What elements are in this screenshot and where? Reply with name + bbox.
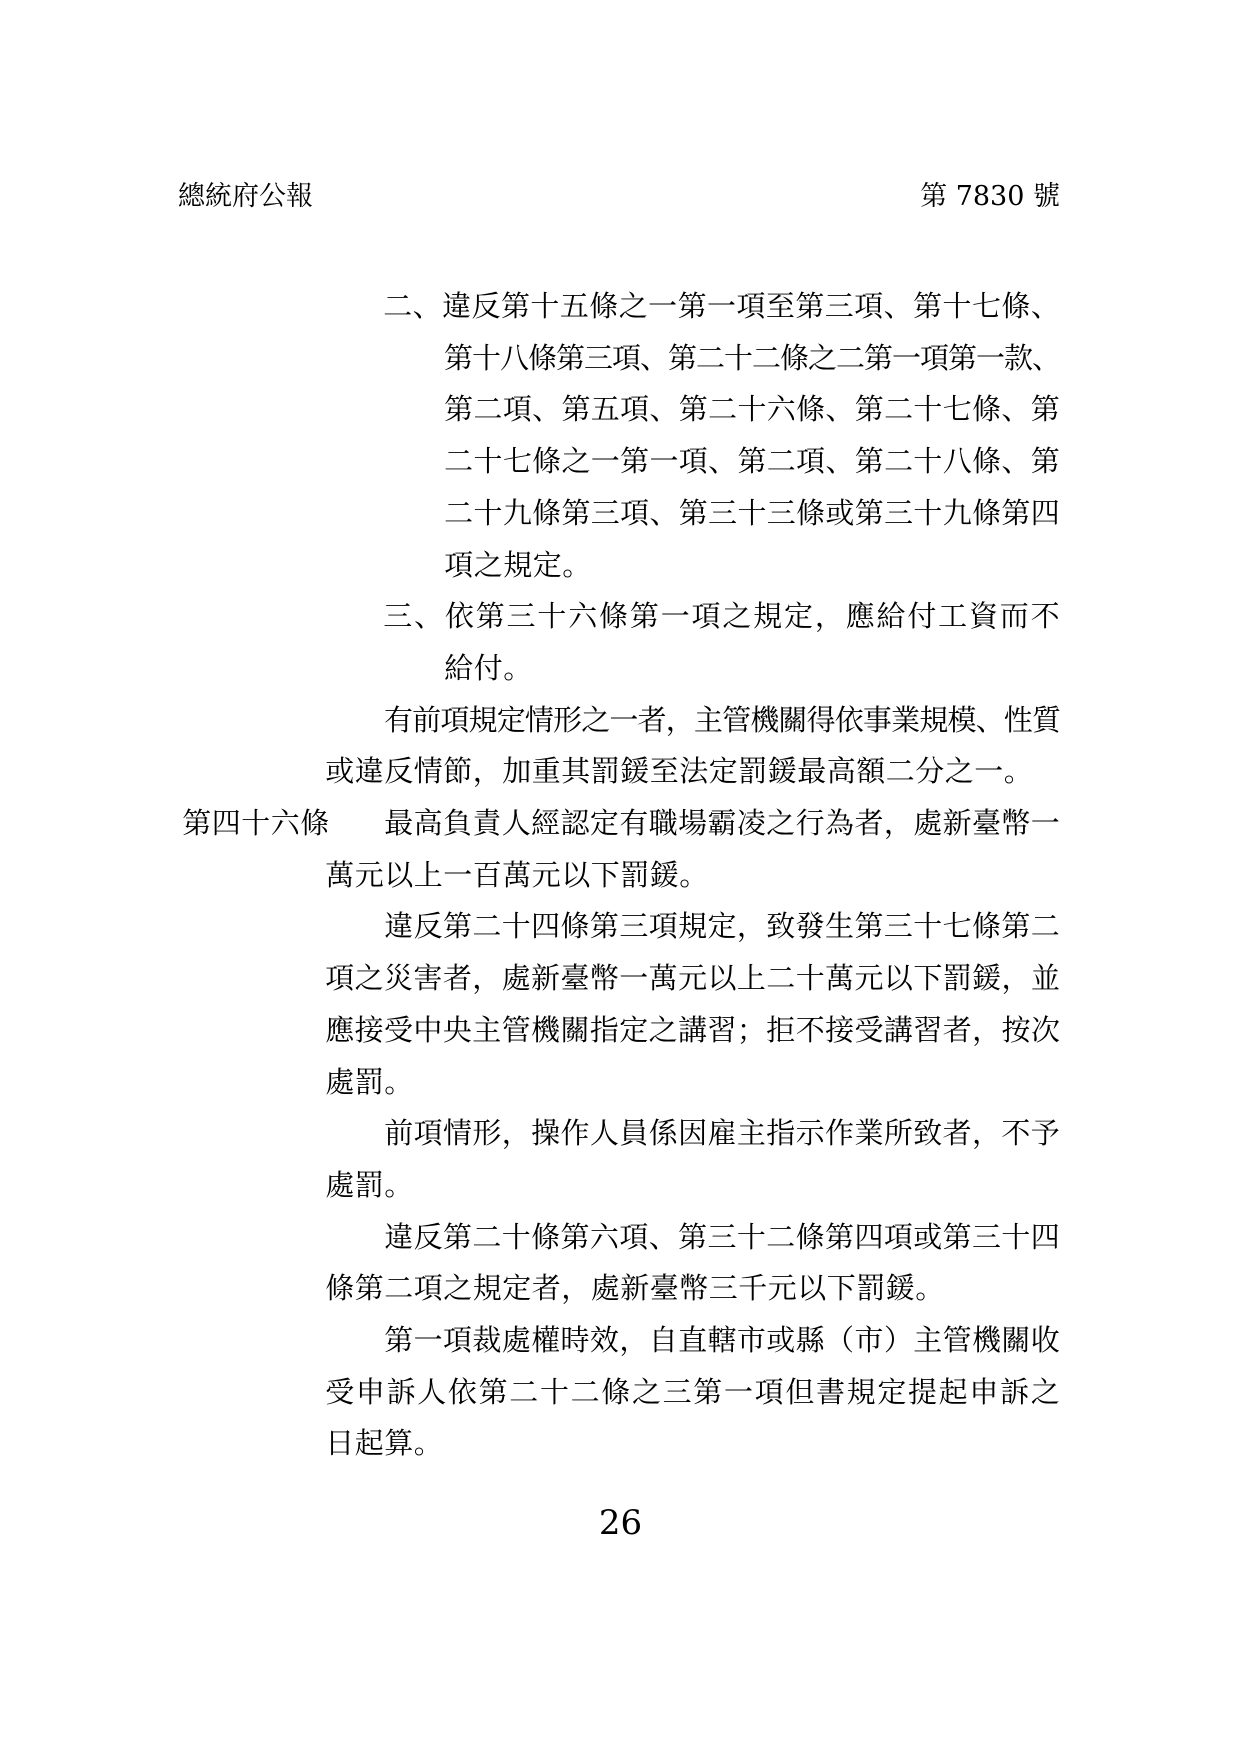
character-cell: 負: [443, 805, 472, 841]
text-line: 萬元以上一百萬元以下罰鍰。: [325, 857, 709, 899]
character-cell: 五: [560, 288, 589, 324]
character-cell: 而: [1000, 598, 1030, 634]
character-cell: 七: [942, 908, 971, 944]
character-cell: 央: [443, 1012, 472, 1048]
character-cell: 九: [943, 495, 972, 531]
character-cell: 操: [531, 1115, 560, 1151]
character-cell: 四: [212, 805, 242, 847]
character-cell: 不: [1001, 1115, 1030, 1151]
character-cell: 管: [722, 702, 750, 738]
character-cell: ，: [619, 1322, 648, 1358]
character-cell: 管: [501, 1012, 530, 1048]
character-cell: 或: [825, 495, 854, 531]
character-cell: 縣: [795, 1322, 824, 1358]
character-cell: 二: [884, 443, 913, 479]
character-cell: 講: [884, 1012, 913, 1048]
character-cell: 處: [501, 960, 530, 996]
character-cell: 八: [500, 340, 528, 376]
character-cell: 加: [502, 753, 532, 789]
character-cell: （: [825, 1322, 854, 1358]
character-cell: 條: [796, 495, 825, 531]
character-cell: 項: [796, 443, 825, 479]
character-cell: 規: [473, 1270, 503, 1306]
character-cell: 有: [619, 805, 648, 841]
character-cell: 、: [649, 391, 678, 427]
character-cell: 第: [942, 1219, 971, 1255]
legal-text-body: 二、違反第十五條之一第一項至第三項、第十七條、第十八條第三項、第二十二條之二第一…: [0, 0, 1241, 1754]
character-cell: 四: [1031, 1219, 1060, 1255]
text-line: 給付。: [444, 650, 533, 692]
character-cell: 之: [443, 1270, 473, 1306]
character-cell: 款: [1004, 340, 1032, 376]
character-cell: 第: [855, 443, 884, 479]
character-cell: 下: [591, 857, 621, 893]
character-cell: ，: [473, 753, 503, 789]
character-cell: 罰: [856, 1270, 886, 1306]
character-cell: 自: [649, 1322, 678, 1358]
character-cell: 第: [501, 288, 530, 324]
character-cell: 定: [497, 702, 525, 738]
character-cell: 第: [854, 908, 883, 944]
character-cell: 付: [474, 650, 504, 686]
character-cell: 萬: [325, 857, 355, 893]
character-cell: ，: [1001, 960, 1030, 996]
character-cell: 不: [1030, 598, 1060, 634]
character-cell: 管: [942, 1322, 971, 1358]
character-cell: 項: [754, 1374, 784, 1410]
character-cell: 反: [413, 908, 442, 944]
character-cell: 高: [413, 805, 442, 841]
character-cell: 規: [753, 598, 783, 634]
character-cell: 鍰: [650, 857, 680, 893]
character-cell: 第: [679, 391, 708, 427]
character-cell: 二: [384, 1270, 414, 1306]
character-cell: 工: [938, 598, 968, 634]
character-cell: 三: [884, 495, 913, 531]
character-cell: 規: [503, 547, 533, 583]
character-cell: 項: [612, 340, 640, 376]
text-line: 處罰。: [325, 1064, 414, 1106]
character-cell: 第: [620, 443, 649, 479]
character-cell: 致: [766, 908, 795, 944]
character-cell: 關: [1001, 1322, 1030, 1358]
character-cell: 之: [561, 443, 590, 479]
character-cell: 條: [780, 340, 808, 376]
text-line: 第一項裁處權時效，自直轄市或縣（市）主管機關收: [384, 1322, 1060, 1364]
character-cell: 之: [474, 547, 504, 583]
character-cell: 項: [884, 1219, 913, 1255]
character-cell: 給: [444, 650, 474, 686]
character-cell: 、: [649, 495, 678, 531]
character-cell: 十: [473, 495, 502, 531]
character-cell: 二: [472, 1219, 501, 1255]
character-cell: 、: [414, 598, 444, 634]
text-line: 三、依第三十六條第一項之規定，應給付工資而不: [383, 598, 1060, 640]
character-cell: ，: [972, 1115, 1001, 1151]
character-cell: 十: [502, 1219, 531, 1255]
character-cell: 第: [795, 288, 824, 324]
character-cell: 關: [560, 1012, 589, 1048]
character-cell: 起: [938, 1374, 968, 1410]
character-cell: 二: [570, 1374, 600, 1410]
character-cell: 法: [679, 753, 709, 789]
character-cell: 條: [972, 908, 1001, 944]
character-cell: 十: [530, 288, 559, 324]
character-cell: 第: [948, 340, 976, 376]
character-cell: 四: [1031, 495, 1060, 531]
character-cell: 定: [707, 908, 736, 944]
character-cell: 元: [532, 857, 562, 893]
character-cell: 二: [752, 340, 780, 376]
page-number: 26: [0, 1503, 1241, 1543]
character-cell: 第: [1031, 391, 1060, 427]
character-cell: 第: [561, 495, 590, 531]
character-cell: 條: [532, 495, 561, 531]
character-cell: 十: [737, 1219, 766, 1255]
character-cell: 者: [943, 1012, 972, 1048]
character-cell: 六: [271, 805, 301, 847]
character-cell: 依: [448, 1374, 478, 1410]
character-cell: 以: [561, 857, 591, 893]
character-cell: 項: [503, 391, 532, 427]
character-cell: 之: [722, 598, 752, 634]
character-cell: 項: [620, 495, 649, 531]
character-cell: 日: [325, 1425, 355, 1461]
character-cell: 訴: [1000, 1374, 1030, 1410]
character-cell: 情: [525, 702, 553, 738]
character-cell: 十: [942, 288, 971, 324]
character-cell: 二: [473, 391, 502, 427]
character-cell: 二: [836, 340, 864, 376]
character-cell: 拒: [766, 1012, 795, 1048]
character-cell: 一: [707, 288, 736, 324]
text-line: 最高負責人經認定有職場霸凌之行為者，處新臺幣一: [384, 805, 1060, 847]
character-cell: 三: [662, 1374, 692, 1410]
character-cell: 生: [825, 908, 854, 944]
character-cell: 三: [708, 495, 737, 531]
character-cell: 規: [846, 1374, 876, 1410]
character-cell: 十: [913, 391, 942, 427]
character-cell: 市: [854, 1322, 883, 1358]
character-cell: 元: [768, 1270, 798, 1306]
character-cell: 九: [503, 495, 532, 531]
character-cell: 訴: [386, 1374, 416, 1410]
character-cell: 十: [737, 391, 766, 427]
character-cell: 項: [414, 1270, 444, 1306]
character-cell: 下: [913, 960, 942, 996]
character-cell: 者: [443, 960, 472, 996]
character-cell: 習: [707, 1012, 736, 1048]
character-cell: 責: [472, 805, 501, 841]
character-cell: 一: [892, 340, 920, 376]
character-cell: 一: [1031, 805, 1060, 841]
character-cell: 中: [413, 1012, 442, 1048]
character-cell: 元: [678, 960, 707, 996]
text-line: 前項情形，操作人員係因雇主指示作業所致者，不予: [384, 1115, 1060, 1157]
character-cell: 鍰: [886, 1270, 916, 1306]
character-cell: 第: [384, 1322, 413, 1358]
character-cell: 。: [384, 1064, 414, 1100]
character-cell: 七: [943, 391, 972, 427]
character-cell: 第: [630, 598, 660, 634]
character-cell: 、: [649, 1219, 678, 1255]
character-cell: 前: [384, 1115, 413, 1151]
character-cell: 第: [913, 288, 942, 324]
character-cell: 霸: [707, 805, 736, 841]
character-cell: 項: [444, 547, 474, 583]
character-cell: 資: [969, 598, 999, 634]
character-cell: 處: [325, 1167, 355, 1203]
character-cell: 三: [383, 598, 413, 634]
text-line: 第二項、第五項、第二十六條、第二十七條、第: [444, 391, 1060, 433]
character-cell: ，: [472, 960, 501, 996]
character-cell: 條: [1001, 288, 1030, 324]
character-cell: 第: [1001, 908, 1030, 944]
character-cell: 高: [827, 753, 857, 789]
character-cell: 效: [590, 1322, 619, 1358]
character-cell: 第: [1001, 495, 1030, 531]
character-cell: 。: [1004, 753, 1034, 789]
character-cell: 發: [795, 908, 824, 944]
character-cell: 機: [531, 1012, 560, 1048]
character-cell: 一: [724, 1374, 754, 1410]
character-cell: 罰: [943, 960, 972, 996]
character-cell: 罰: [355, 1167, 385, 1203]
character-cell: 人: [502, 805, 531, 841]
character-cell: 二: [696, 340, 724, 376]
character-cell: 定: [709, 753, 739, 789]
character-cell: 係: [649, 1115, 678, 1151]
character-cell: 十: [913, 495, 942, 531]
character-cell: 最: [797, 753, 827, 789]
character-cell: 情: [414, 753, 444, 789]
character-cell: 因: [678, 1115, 707, 1151]
character-cell: 二: [472, 908, 501, 944]
character-cell: 項: [619, 1219, 648, 1255]
character-cell: 業: [854, 1115, 883, 1151]
character-cell: 機: [750, 702, 778, 738]
character-cell: 七: [503, 443, 532, 479]
character-cell: 次: [1031, 1012, 1060, 1048]
character-cell: 反: [471, 288, 500, 324]
character-cell: 場: [678, 805, 707, 841]
character-cell: 者: [854, 805, 883, 841]
character-cell: 第: [475, 598, 505, 634]
text-line: 項之災害者，處新臺幣一萬元以上二十萬元以下罰鍰，並: [325, 960, 1060, 1002]
character-cell: 裁: [472, 1322, 501, 1358]
character-cell: 條: [972, 495, 1001, 531]
character-cell: 新: [942, 805, 971, 841]
character-cell: 十: [502, 908, 531, 944]
character-cell: 以: [884, 960, 913, 996]
text-line: 受申訴人依第二十二條之三第一項但書規定提起申訴之: [325, 1374, 1060, 1416]
character-cell: 算: [384, 1425, 414, 1461]
character-cell: 、: [976, 702, 1004, 738]
character-cell: 二: [767, 443, 796, 479]
character-cell: 項: [691, 598, 721, 634]
character-cell: 收: [1031, 1322, 1060, 1358]
character-cell: 、: [825, 443, 854, 479]
character-cell: 一: [660, 598, 690, 634]
character-cell: 情: [443, 1115, 472, 1151]
character-cell: 行: [795, 805, 824, 841]
character-cell: 講: [678, 1012, 707, 1048]
character-cell: 幣: [1001, 805, 1030, 841]
character-cell: 人: [417, 1374, 447, 1410]
character-cell: 所: [884, 1115, 913, 1151]
character-cell: 至: [766, 288, 795, 324]
character-cell: 之: [808, 340, 836, 376]
character-cell: 反: [384, 753, 414, 789]
character-cell: 五: [591, 391, 620, 427]
character-cell: 六: [590, 1219, 619, 1255]
character-cell: ，: [972, 1012, 1001, 1048]
character-cell: 六: [767, 391, 796, 427]
character-cell: 、: [532, 391, 561, 427]
character-cell: 二: [509, 1374, 539, 1410]
character-cell: 罰: [355, 1064, 385, 1100]
character-cell: 之: [1030, 1374, 1060, 1410]
character-cell: 主: [913, 1322, 942, 1358]
text-line: 二十七條之一第一項、第二項、第二十八條、第: [444, 443, 1060, 485]
character-cell: 項: [413, 1115, 442, 1151]
character-cell: 二: [444, 495, 473, 531]
character-cell: 第: [668, 340, 696, 376]
character-cell: 之: [632, 1374, 662, 1410]
character-cell: 十: [724, 340, 752, 376]
character-cell: 四: [854, 1219, 883, 1255]
character-cell: 條: [300, 805, 330, 847]
character-cell: 條: [589, 288, 618, 324]
character-cell: 。: [679, 857, 709, 893]
character-cell: 一: [443, 857, 473, 893]
text-line: 或違反情節，加重其罰鍰至法定罰鍰最高額二分之一。: [325, 753, 1033, 795]
character-cell: 災: [384, 960, 413, 996]
character-cell: 主: [694, 702, 722, 738]
character-cell: 六: [568, 598, 598, 634]
character-cell: 罰: [591, 753, 621, 789]
character-cell: ，: [502, 1115, 531, 1151]
character-cell: 但: [785, 1374, 815, 1410]
character-cell: 市: [737, 1322, 766, 1358]
character-cell: 項: [736, 288, 765, 324]
character-cell: 認: [560, 805, 589, 841]
character-cell: 凌: [737, 805, 766, 841]
character-cell: 處: [325, 1064, 355, 1100]
character-cell: 規: [919, 702, 947, 738]
character-cell: 規: [678, 908, 707, 944]
character-cell: 十: [540, 1374, 570, 1410]
character-cell: 依: [445, 598, 475, 634]
character-cell: 第: [556, 340, 584, 376]
character-cell: 業: [891, 702, 919, 738]
character-cell: 得: [807, 702, 835, 738]
character-cell: 定: [784, 598, 814, 634]
character-cell: 事: [863, 702, 891, 738]
character-cell: 示: [795, 1115, 824, 1151]
character-cell: 臺: [560, 960, 589, 996]
character-cell: 提: [908, 1374, 938, 1410]
character-cell: ，: [815, 598, 845, 634]
character-cell: 一: [413, 1322, 442, 1358]
character-cell: 違: [355, 753, 385, 789]
character-cell: 指: [766, 1115, 795, 1151]
character-cell: 、: [825, 391, 854, 427]
character-cell: 或: [325, 753, 355, 789]
character-cell: 一: [619, 960, 648, 996]
character-cell: 新: [620, 1270, 650, 1306]
character-cell: 一: [609, 702, 637, 738]
character-cell: 幣: [679, 1270, 709, 1306]
character-cell: 員: [619, 1115, 648, 1151]
character-cell: 三: [619, 908, 648, 944]
character-cell: 第: [478, 1374, 508, 1410]
character-cell: 幣: [590, 960, 619, 996]
character-cell: 第: [855, 391, 884, 427]
character-cell: 定: [877, 1374, 907, 1410]
character-cell: 一: [649, 443, 678, 479]
character-cell: 三: [506, 598, 536, 634]
character-cell: 第: [444, 391, 473, 427]
character-cell: 二: [766, 960, 795, 996]
character-cell: 主: [472, 1012, 501, 1048]
character-cell: 條: [601, 1374, 631, 1410]
character-cell: 付: [907, 598, 937, 634]
character-cell: 以: [707, 960, 736, 996]
character-cell: 條: [599, 598, 629, 634]
character-cell: 三: [767, 495, 796, 531]
text-line: 第十八條第三項、第二十二條之二第一項第一款、: [444, 340, 1060, 382]
character-cell: ）: [884, 1322, 913, 1358]
character-cell: 職: [649, 805, 678, 841]
character-cell: 、: [883, 288, 912, 324]
character-cell: 罰: [738, 753, 768, 789]
character-cell: 。: [503, 650, 533, 686]
character-cell: 按: [1001, 1012, 1030, 1048]
character-cell: 接: [825, 1012, 854, 1048]
character-cell: 。: [384, 1167, 414, 1203]
character-cell: 項: [679, 443, 708, 479]
character-cell: 定: [502, 1270, 532, 1306]
character-cell: 時: [560, 1322, 589, 1358]
character-cell: 十: [241, 805, 271, 847]
character-cell: 項: [440, 702, 468, 738]
character-cell: 上: [737, 960, 766, 996]
character-cell: 以: [384, 857, 414, 893]
character-cell: 者: [532, 1270, 562, 1306]
character-cell: 二: [884, 391, 913, 427]
character-cell: ，: [737, 908, 766, 944]
character-cell: 項: [649, 908, 678, 944]
character-cell: 應: [325, 1012, 354, 1048]
character-cell: 一: [591, 443, 620, 479]
character-cell: 新: [531, 960, 560, 996]
character-cell: 項: [620, 391, 649, 427]
document-page: 總統府公報 第 7830 號 二、違反第十五條之一第一項至第三項、第十七條、第十…: [0, 0, 1241, 1754]
character-cell: 三: [884, 908, 913, 944]
character-cell: 直: [678, 1322, 707, 1358]
character-cell: 重: [532, 753, 562, 789]
character-cell: 之: [945, 753, 975, 789]
character-cell: 依: [835, 702, 863, 738]
character-cell: 其: [561, 753, 591, 789]
character-cell: 上: [414, 857, 444, 893]
character-cell: 第: [855, 495, 884, 531]
character-cell: 八: [943, 443, 972, 479]
character-cell: 第: [678, 1219, 707, 1255]
character-cell: 四: [531, 908, 560, 944]
character-cell: 者: [942, 1115, 971, 1151]
